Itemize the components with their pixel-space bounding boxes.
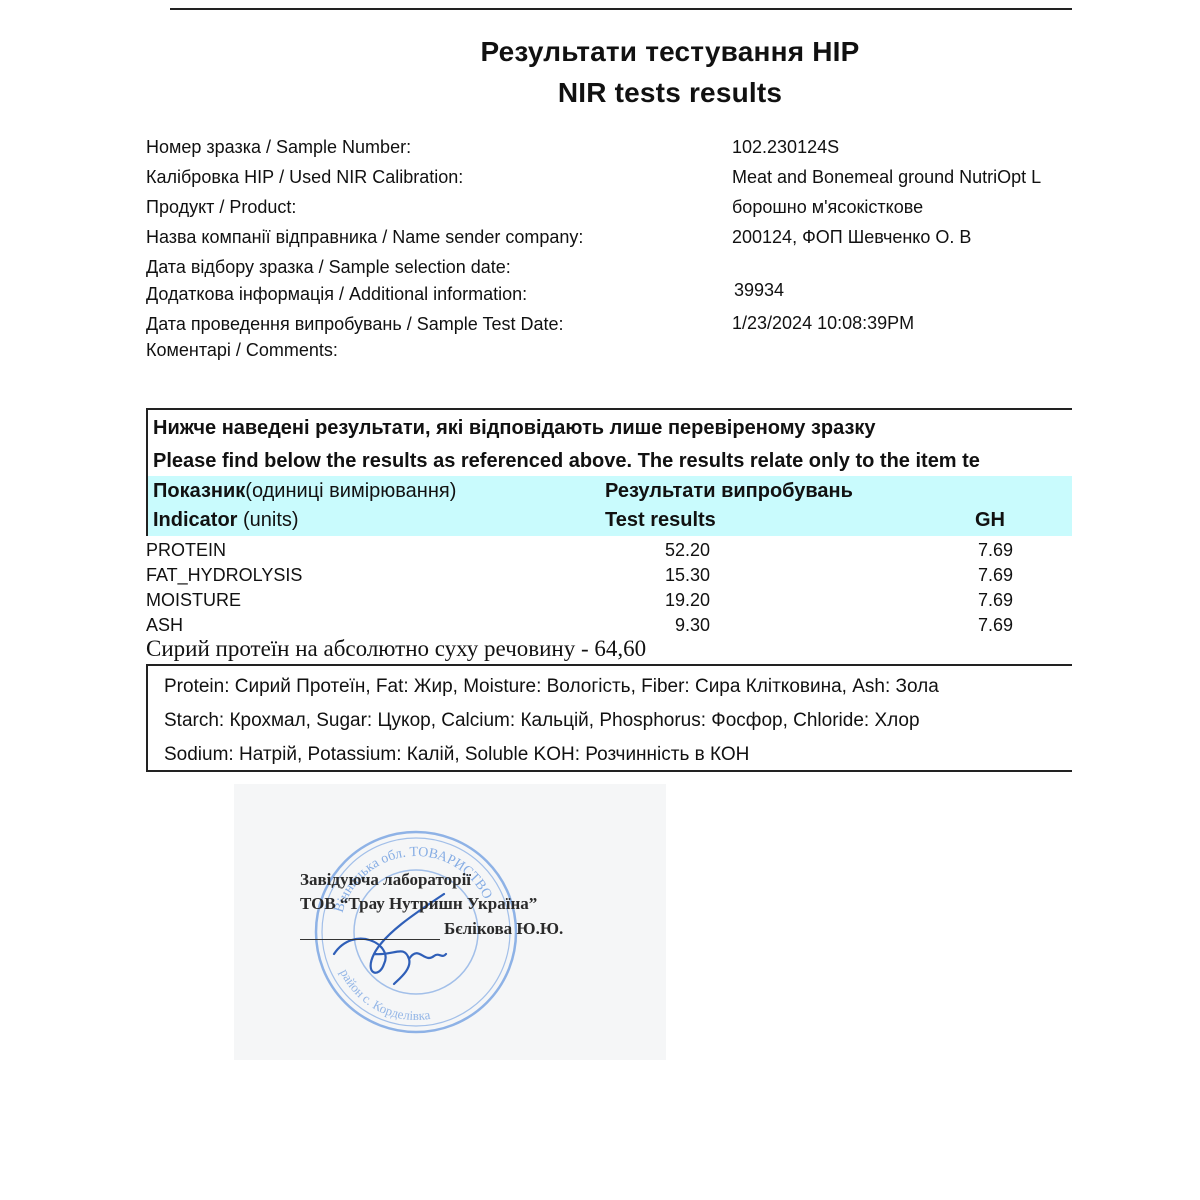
gh-value: 7.69 xyxy=(978,590,1013,611)
gh-value: 7.69 xyxy=(978,615,1013,636)
info-value: Meat and Bonemeal ground NutriOpt L xyxy=(732,167,1041,188)
column-header-band: Показник(одиниці вимірювання) Indicator … xyxy=(148,476,1072,536)
document-page: Результати тестування НІР NIR tests resu… xyxy=(0,0,1072,1200)
info-label: Назва компанії відправника / Name sender… xyxy=(146,227,583,248)
table-row: FAT_HYDROLYSIS 15.30 7.69 xyxy=(146,565,1072,590)
info-value: 1/23/2024 10:08:39PM xyxy=(732,313,914,334)
test-result-value: 19.20 xyxy=(665,590,710,611)
info-label: Номер зразка / Sample Number: xyxy=(146,137,411,158)
col-header-indicator-en-bold: Indicator xyxy=(153,509,237,531)
info-label: Додаткова інформація / Additional inform… xyxy=(146,284,527,305)
info-label: Калібровка НІР / Used NIR Calibration: xyxy=(146,167,463,188)
glossary-line: Sodium: Натрій, Potassium: Калій, Solubl… xyxy=(164,744,749,766)
col-header-indicator-uk: Показник(одиниці вимірювання) xyxy=(153,480,456,503)
results-note-ukrainian: Нижче наведені результати, які відповіда… xyxy=(153,417,876,440)
indicator-name: ASH xyxy=(146,615,183,636)
info-value: борошно м'ясокісткове xyxy=(732,197,923,218)
title-english: NIR tests results xyxy=(170,77,1072,109)
gh-value: 7.69 xyxy=(978,565,1013,586)
table-row: PROTEIN 52.20 7.69 xyxy=(146,540,1072,565)
indicator-name: FAT_HYDROLYSIS xyxy=(146,565,302,586)
info-label: Продукт / Product: xyxy=(146,197,296,218)
signer-position: Завідуюча лабораторії xyxy=(300,870,471,890)
col-header-indicator-uk-bold: Показник xyxy=(153,480,245,502)
glossary-line: Starch: Крохмал, Sugar: Цукор, Calcium: … xyxy=(164,710,920,732)
info-value: 39934 xyxy=(734,280,784,301)
col-header-results-en: Test results xyxy=(605,509,716,532)
col-header-gh: GH xyxy=(975,509,1005,532)
info-value: 102.230124S xyxy=(732,137,839,158)
dry-matter-protein-note: Сирий протеїн на абсолютно суху речовину… xyxy=(146,636,646,662)
info-label: Дата відбору зразка / Sample selection d… xyxy=(146,257,511,278)
signer-name: Бєлікова Ю.Ю. xyxy=(444,919,563,939)
test-result-value: 9.30 xyxy=(675,615,710,636)
test-result-value: 52.20 xyxy=(665,540,710,561)
test-result-value: 15.30 xyxy=(665,565,710,586)
signer-company: ТОВ “Трау Нутришн Україна” xyxy=(300,894,537,914)
col-header-results-uk: Результати випробувань xyxy=(605,480,853,503)
col-header-indicator-en-units: (units) xyxy=(237,509,298,531)
indicator-name: PROTEIN xyxy=(146,540,226,561)
title-ukrainian: Результати тестування НІР xyxy=(170,36,1072,68)
col-header-indicator-uk-units: (одиниці вимірювання) xyxy=(245,480,456,502)
signature-line xyxy=(300,939,440,940)
info-label: Коментарі / Comments: xyxy=(146,340,338,361)
col-header-indicator-en: Indicator (units) xyxy=(153,509,299,532)
glossary-line: Protein: Сирий Протеїн, Fat: Жир, Moistu… xyxy=(164,676,939,698)
results-header-box: Нижче наведені результати, які відповіда… xyxy=(146,408,1072,536)
info-value: 200124, ФОП Шевченко О. В xyxy=(732,227,971,248)
signature-stamp-area: Вінницька обл. ТОВАРИСТВО район с. Корде… xyxy=(234,784,666,1060)
glossary-box: Protein: Сирий Протеїн, Fat: Жир, Moistu… xyxy=(146,664,1072,772)
table-row: MOISTURE 19.20 7.69 xyxy=(146,590,1072,615)
info-label: Дата проведення випробувань / Sample Tes… xyxy=(146,314,563,335)
results-note-english: Please find below the results as referen… xyxy=(153,450,980,473)
top-rule xyxy=(170,8,1072,10)
gh-value: 7.69 xyxy=(978,540,1013,561)
indicator-name: MOISTURE xyxy=(146,590,241,611)
